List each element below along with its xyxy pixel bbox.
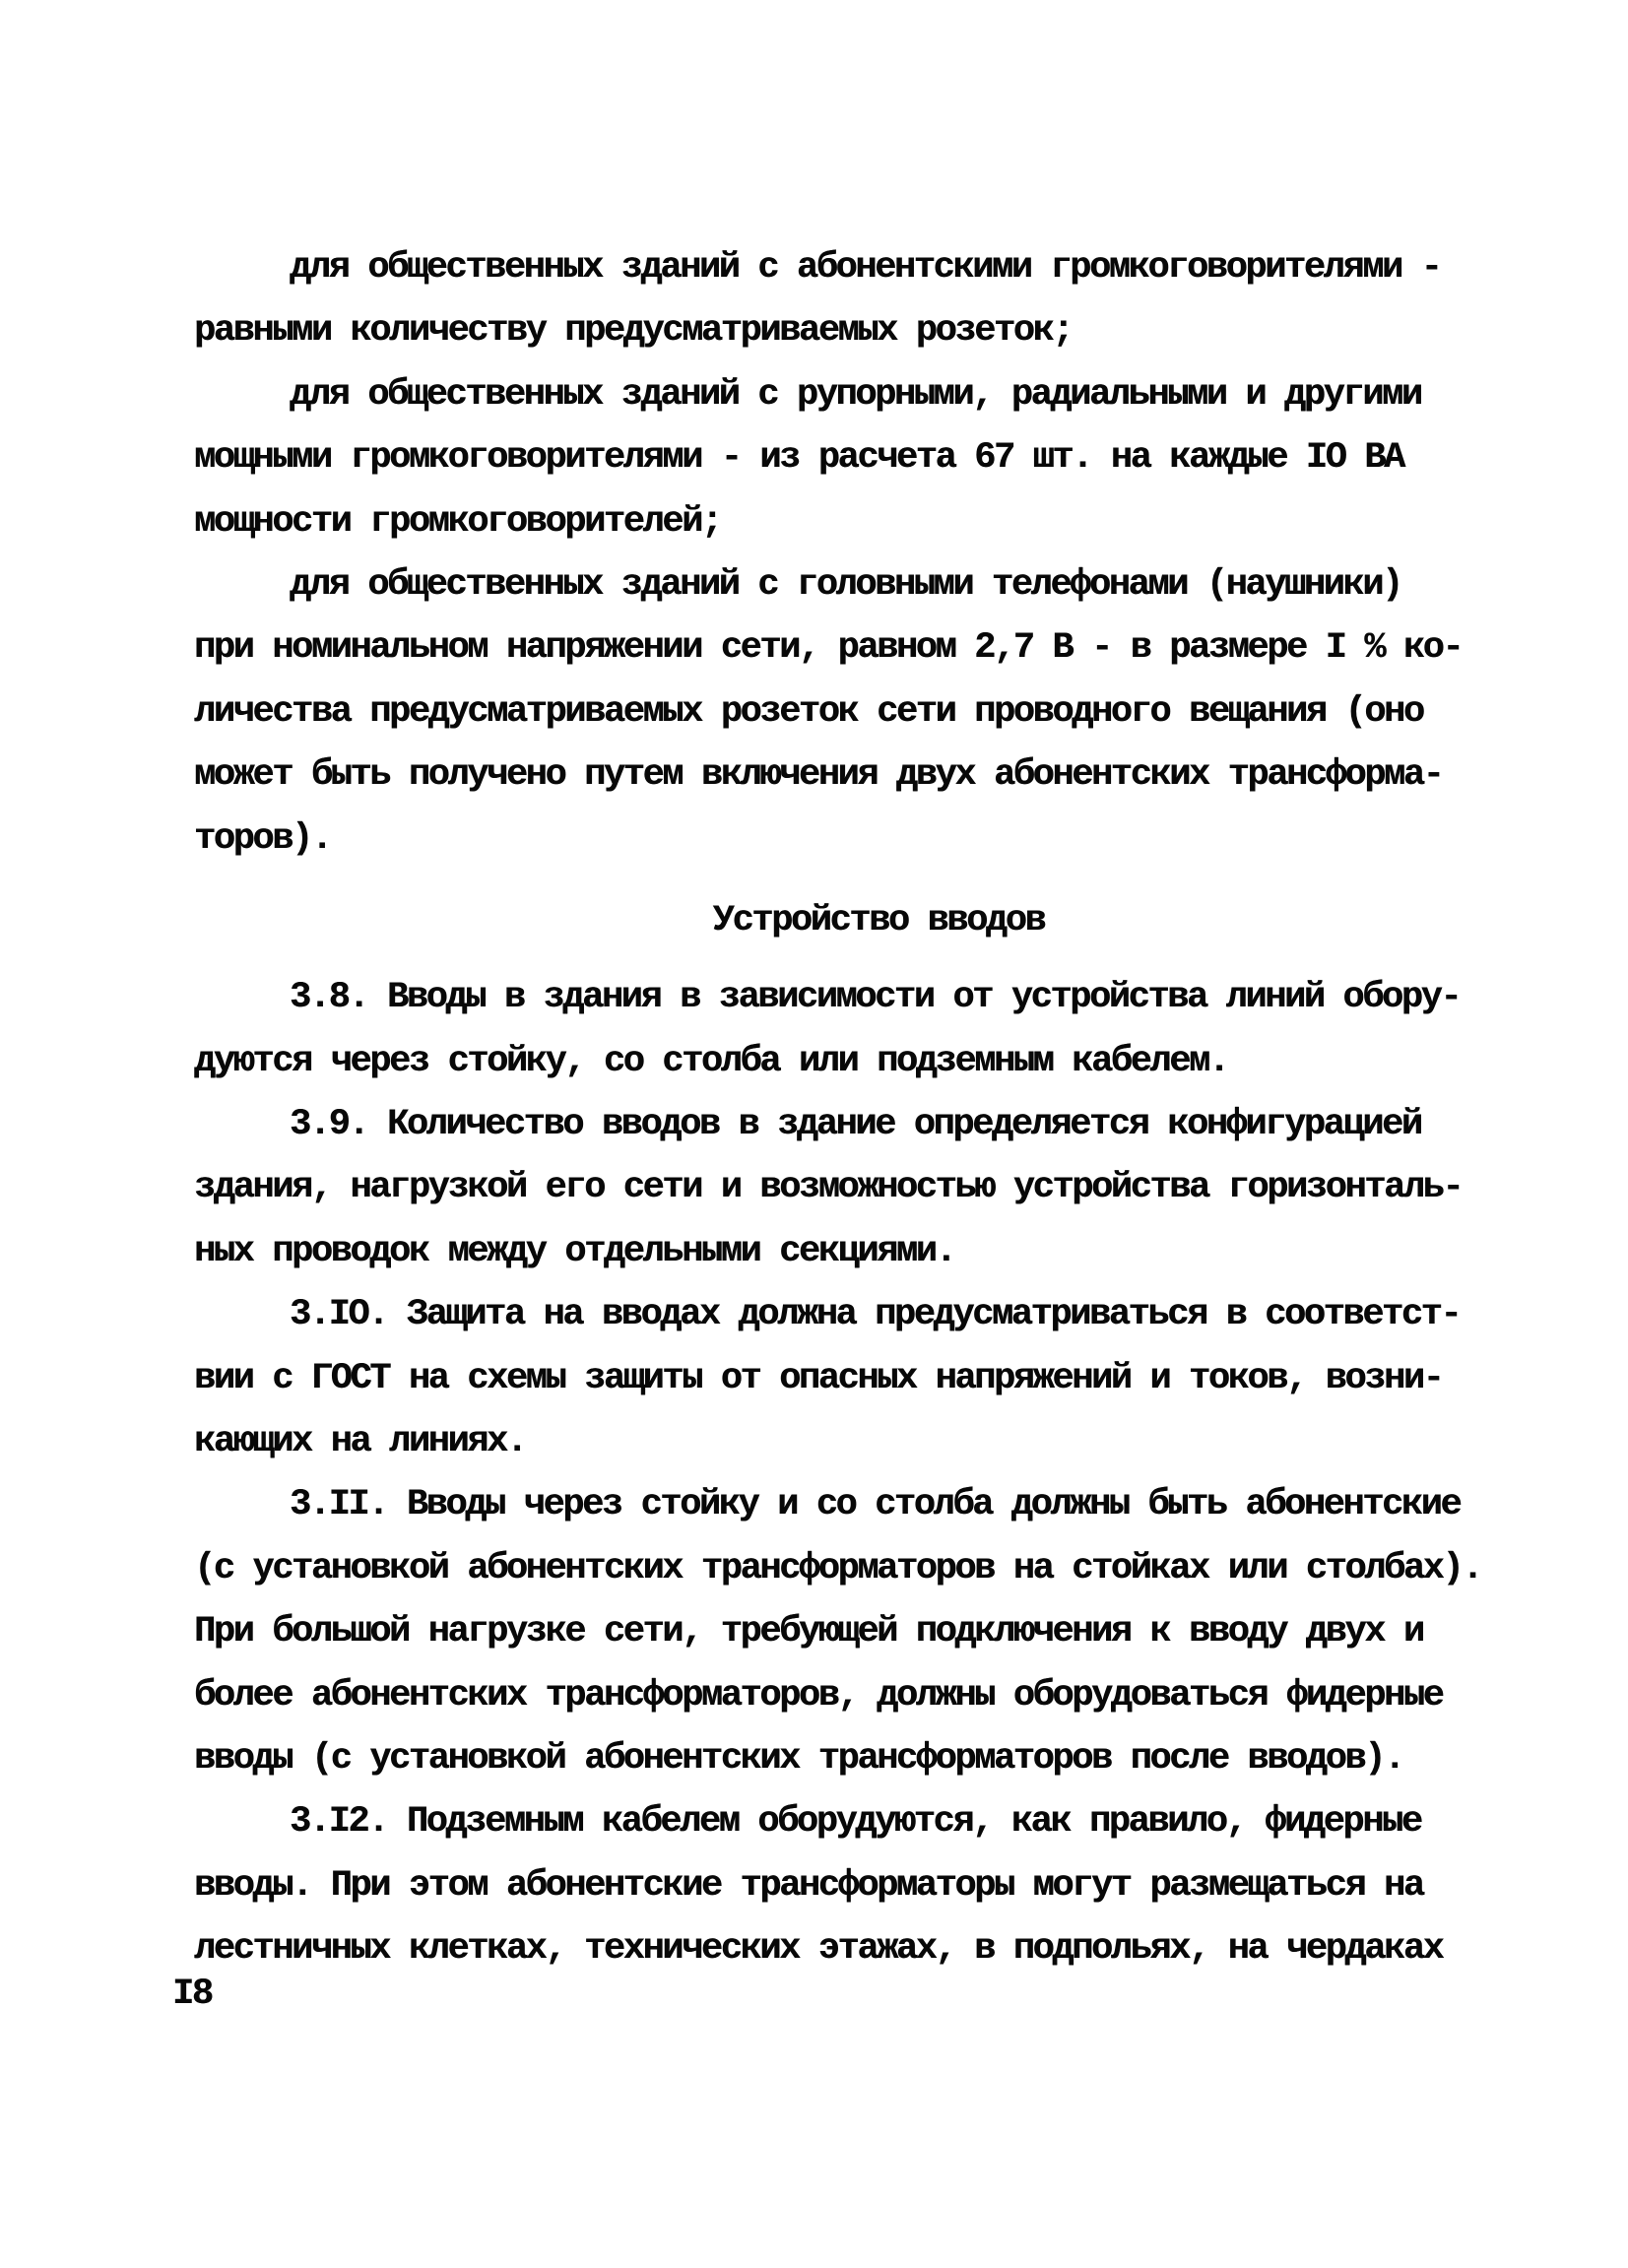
text-line: может быть получено путем включения двух… <box>194 744 1533 807</box>
text-line: личества предусматриваемых розеток сети … <box>194 680 1533 744</box>
text-line: 3.8. Вводы в здания в зависимости от уст… <box>194 966 1533 1029</box>
text-line: вии с ГОСТ на схемы защиты от опасных на… <box>194 1347 1533 1410</box>
text-line: при номинальном напряжении сети, равном … <box>194 616 1533 680</box>
text-line: При большой нагрузке сети, требующей под… <box>194 1600 1533 1663</box>
text-line: вводы. При этом абонентские трансформато… <box>194 1854 1533 1917</box>
text-line: мощности громкоговорителей; <box>194 490 1533 553</box>
text-line: 3.I2. Подземным кабелем оборудуются, как… <box>194 1790 1533 1853</box>
text-line: дуются через стойку, со столба или подзе… <box>194 1030 1533 1093</box>
text-line: более абонентских трансформаторов, должн… <box>194 1664 1533 1727</box>
text-line: 3.IO. Защита на вводах должна предусматр… <box>194 1283 1533 1346</box>
text-line: 3.II. Вводы через стойку и со столба дол… <box>194 1473 1533 1536</box>
text-line: вводы (с установкой абонентских трансфор… <box>194 1727 1533 1790</box>
text-line: кающих на линиях. <box>194 1410 1533 1473</box>
section-heading: Устройство вводов <box>194 889 1533 952</box>
text-line: равными количеству предусматриваемых роз… <box>194 299 1533 362</box>
text-line: мощными громкоговорителями - из расчета … <box>194 426 1533 489</box>
text-line: 3.9. Количество вводов в здание определя… <box>194 1093 1533 1156</box>
text-line: здания, нагрузкой его сети и возможность… <box>194 1156 1533 1219</box>
text-line: лестничных клетках, технических этажах, … <box>194 1917 1533 1980</box>
text-column: для общественных зданий с абонентскими г… <box>194 236 1533 2026</box>
text-line: для общественных зданий с головными теле… <box>194 553 1533 616</box>
text-line: ных проводок между отдельными секциями. <box>194 1220 1533 1283</box>
text-line: для общественных зданий с рупорными, рад… <box>194 363 1533 426</box>
document-page: для общественных зданий с абонентскими г… <box>0 0 1628 2268</box>
text-line: (с установкой абонентских трансформаторо… <box>194 1537 1533 1600</box>
text-line: для общественных зданий с абонентскими г… <box>194 236 1533 299</box>
text-line: торов). <box>194 808 1533 871</box>
